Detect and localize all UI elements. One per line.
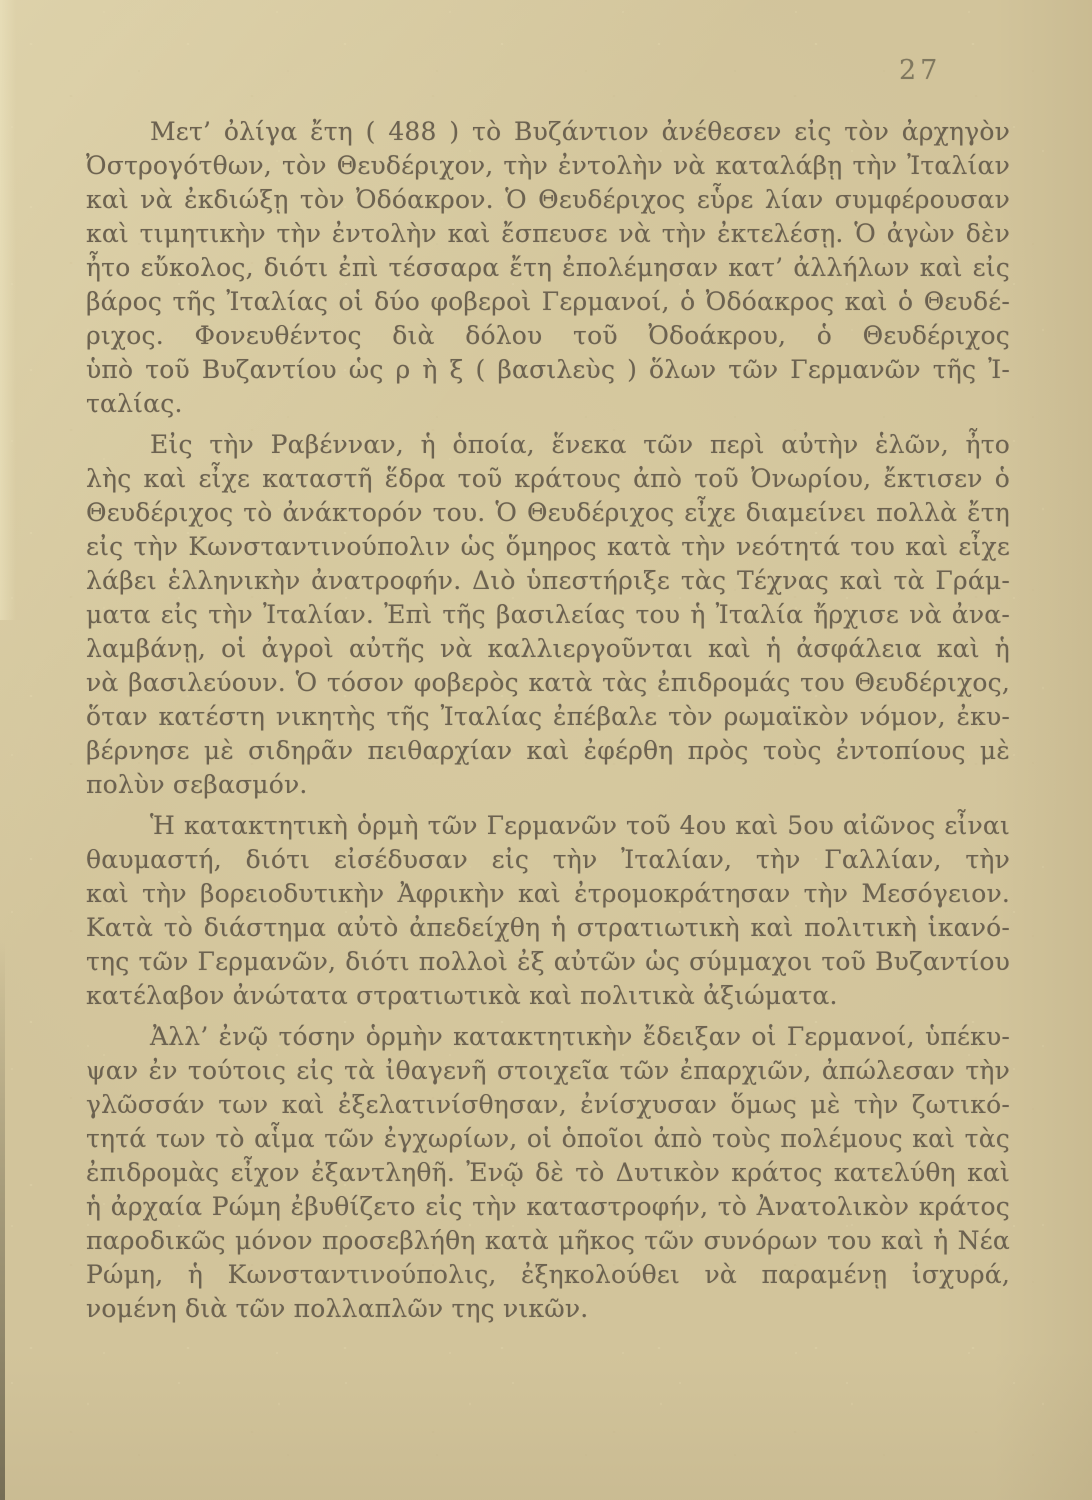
text-line: ὅταν κατέστη νικητὴς τῆς Ἰταλίας ἐπέβαλε… <box>86 700 1010 734</box>
paragraph: Ἀλλ’ ἐνῷ τόσην ὁρμὴν κατακτητικὴν ἔδειξα… <box>86 1020 1010 1326</box>
text-line: ἡ ἀρχαία Ρώμη ἐβυθίζετο εἰς τὴν καταστρο… <box>86 1190 1010 1224</box>
text-line: λὴς καὶ εἶχε καταστῆ ἕδρα τοῦ κράτους ἀπ… <box>86 462 1010 496</box>
body-text: Μετ’ ὀλίγα ἔτη ( 488 ) τὸ Βυζάντιον ἀνέθ… <box>86 115 1010 1326</box>
text-line: Θευδέριχος τὸ ἀνάκτορόν του. Ὁ Θευδέριχο… <box>86 496 1010 530</box>
text-line: πολὺν σεβασμόν. <box>86 768 1010 802</box>
page-edge-shadow <box>0 940 5 1500</box>
text-line: Ρώμη, ἡ Κωνσταντινούπολις, ἐξηκολούθει ν… <box>86 1258 1010 1292</box>
text-line: ριχος. Φονευθέντος διὰ δόλου τοῦ Ὀδοάκρο… <box>86 319 1010 353</box>
text-line: νομένη διὰ τῶν πολλαπλῶν της νικῶν. <box>86 1292 1010 1326</box>
text-line: ψαν ἐν τούτοις εἰς τὰ ἰθαγενῆ στοιχεῖα τ… <box>86 1054 1010 1088</box>
text-line: λαμβάνῃ, οἱ ἀγροὶ αὐτῆς νὰ καλλιεργοῦντα… <box>86 632 1010 666</box>
text-line: παροδικῶς μόνον προσεβλήθη κατὰ μῆκος τῶ… <box>86 1224 1010 1258</box>
text-line: κατέλαβον ἀνώτατα στρατιωτικὰ καὶ πολιτι… <box>86 979 1010 1013</box>
text-line: λάβει ἑλληνικὴν ἀνατροφήν. Διὸ ὑπεστήριξ… <box>86 564 1010 598</box>
text-line: βέρνησε μὲ σιδηρᾶν πειθαρχίαν καὶ ἐφέρθη… <box>86 734 1010 768</box>
text-line: ματα εἰς τὴν Ἰταλίαν. Ἐπὶ τῆς βασιλείας … <box>86 598 1010 632</box>
text-line: βάρος τῆς Ἰταλίας οἱ δύο φοβεροὶ Γερμανο… <box>86 285 1010 319</box>
text-line: καὶ τιμητικὴν τὴν ἐντολὴν καὶ ἔσπευσε νὰ… <box>86 217 1010 251</box>
paragraph: Ἡ κατακτητικὴ ὁρμὴ τῶν Γερμανῶν τοῦ 4ου … <box>86 809 1010 1013</box>
text-line: Κατὰ τὸ διάστημα αὐτὸ ἀπεδείχθη ἡ στρατι… <box>86 911 1010 945</box>
text-line: Μετ’ ὀλίγα ἔτη ( 488 ) τὸ Βυζάντιον ἀνέθ… <box>86 115 1010 149</box>
text-line: καὶ νὰ ἐκδιώξῃ τὸν Ὀδόακρον. Ὁ Θευδέριχο… <box>86 183 1010 217</box>
book-page-scan: 27 Μετ’ ὀλίγα ἔτη ( 488 ) τὸ Βυζάντιον ἀ… <box>0 0 1092 1500</box>
text-line: ἦτο εὔκολος, διότι ἐπὶ τέσσαρα ἔτη ἐπολέ… <box>86 251 1010 285</box>
text-line: ἐπιδρομὰς εἶχον ἐξαντληθῆ. Ἐνῷ δὲ τὸ Δυτ… <box>86 1156 1010 1190</box>
text-line: ταλίας. <box>86 387 1010 421</box>
text-line: νὰ βασιλεύουν. Ὁ τόσον φοβερὸς κατὰ τὰς … <box>86 666 1010 700</box>
text-line: θαυμαστή, διότι εἰσέδυσαν εἰς τὴν Ἰταλία… <box>86 843 1010 877</box>
page-edge-highlight <box>0 0 16 620</box>
text-line: Εἰς τὴν Ραβένναν, ἡ ὁποία, ἕνεκα τῶν περ… <box>86 428 1010 462</box>
text-line: Ἀλλ’ ἐνῷ τόσην ὁρμὴν κατακτητικὴν ἔδειξα… <box>86 1020 1010 1054</box>
paragraph: Εἰς τὴν Ραβένναν, ἡ ὁποία, ἕνεκα τῶν περ… <box>86 428 1010 802</box>
text-line: γλῶσσάν των καὶ ἐξελατινίσθησαν, ἐνίσχυσ… <box>86 1088 1010 1122</box>
text-line: Ὀστρογότθων, τὸν Θευδέριχον, τὴν ἐντολὴν… <box>86 149 1010 183</box>
text-line: εἰς τὴν Κωνσταντινούπολιν ὡς ὅμηρος κατὰ… <box>86 530 1010 564</box>
text-line: ὑπὸ τοῦ Βυζαντίου ὡς ρ ὴ ξ ( βασιλεὺς ) … <box>86 353 1010 387</box>
text-line: τητά των τὸ αἷμα τῶν ἐγχωρίων, οἱ ὁποῖοι… <box>86 1122 1010 1156</box>
text-line: Ἡ κατακτητικὴ ὁρμὴ τῶν Γερμανῶν τοῦ 4ου … <box>86 809 1010 843</box>
paragraph: Μετ’ ὀλίγα ἔτη ( 488 ) τὸ Βυζάντιον ἀνέθ… <box>86 115 1010 421</box>
text-line: καὶ τὴν βορειοδυτικὴν Ἀφρικὴν καὶ ἐτρομο… <box>86 877 1010 911</box>
text-line: της τῶν Γερμανῶν, διότι πολλοὶ ἐξ αὐτῶν … <box>86 945 1010 979</box>
page-number: 27 <box>899 57 945 84</box>
